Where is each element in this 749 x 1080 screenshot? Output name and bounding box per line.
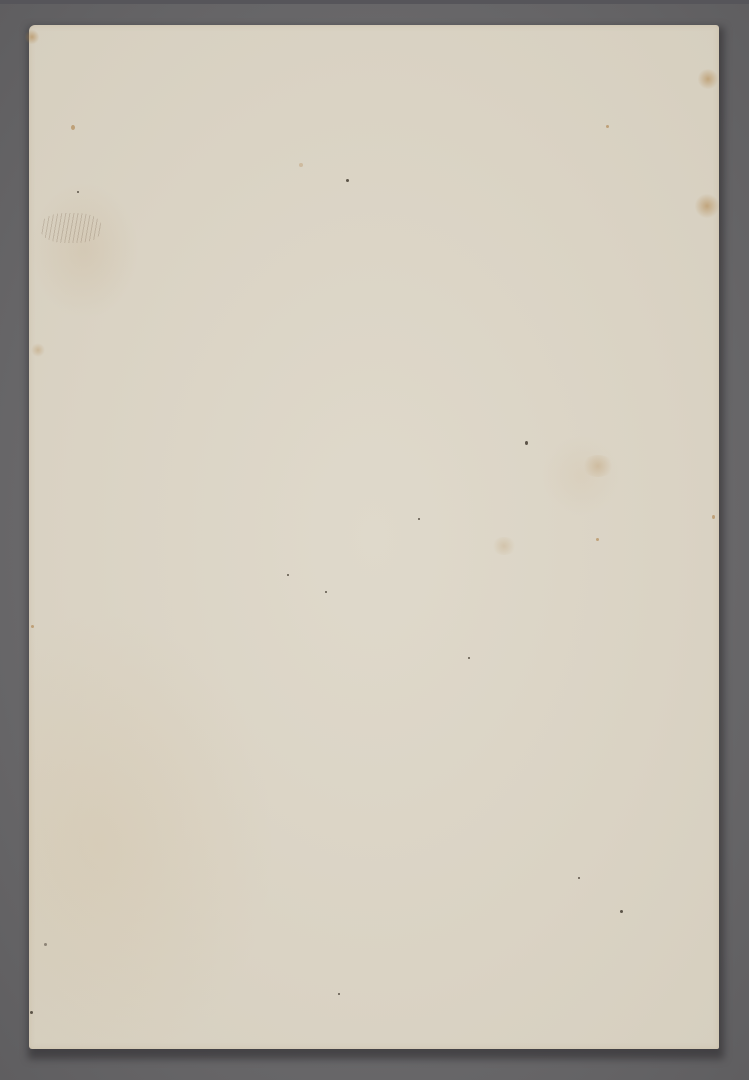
rust-speck bbox=[31, 625, 34, 628]
foxing-stain bbox=[697, 69, 719, 89]
speck bbox=[338, 993, 340, 995]
foxing-stain bbox=[581, 455, 615, 477]
rust-speck bbox=[299, 163, 303, 167]
speck bbox=[44, 943, 47, 946]
speck bbox=[346, 179, 349, 182]
speck bbox=[578, 877, 580, 879]
foxing-stain bbox=[31, 343, 45, 357]
rust-speck bbox=[596, 538, 599, 541]
foxing-stain bbox=[695, 193, 719, 219]
rust-speck bbox=[71, 125, 75, 130]
foxing-stain bbox=[491, 537, 517, 555]
background-edge bbox=[0, 0, 749, 4]
speck bbox=[287, 574, 289, 576]
speck bbox=[418, 518, 420, 520]
speck bbox=[325, 591, 327, 593]
faint-smudge bbox=[41, 213, 101, 243]
speck bbox=[77, 191, 79, 193]
speck bbox=[468, 657, 470, 659]
rust-speck bbox=[606, 125, 609, 128]
speck bbox=[620, 910, 623, 913]
speck bbox=[525, 441, 528, 445]
foxing-stain bbox=[25, 29, 39, 45]
rust-speck bbox=[712, 515, 715, 519]
blank-paper-card bbox=[29, 25, 719, 1049]
speck bbox=[30, 1011, 33, 1014]
